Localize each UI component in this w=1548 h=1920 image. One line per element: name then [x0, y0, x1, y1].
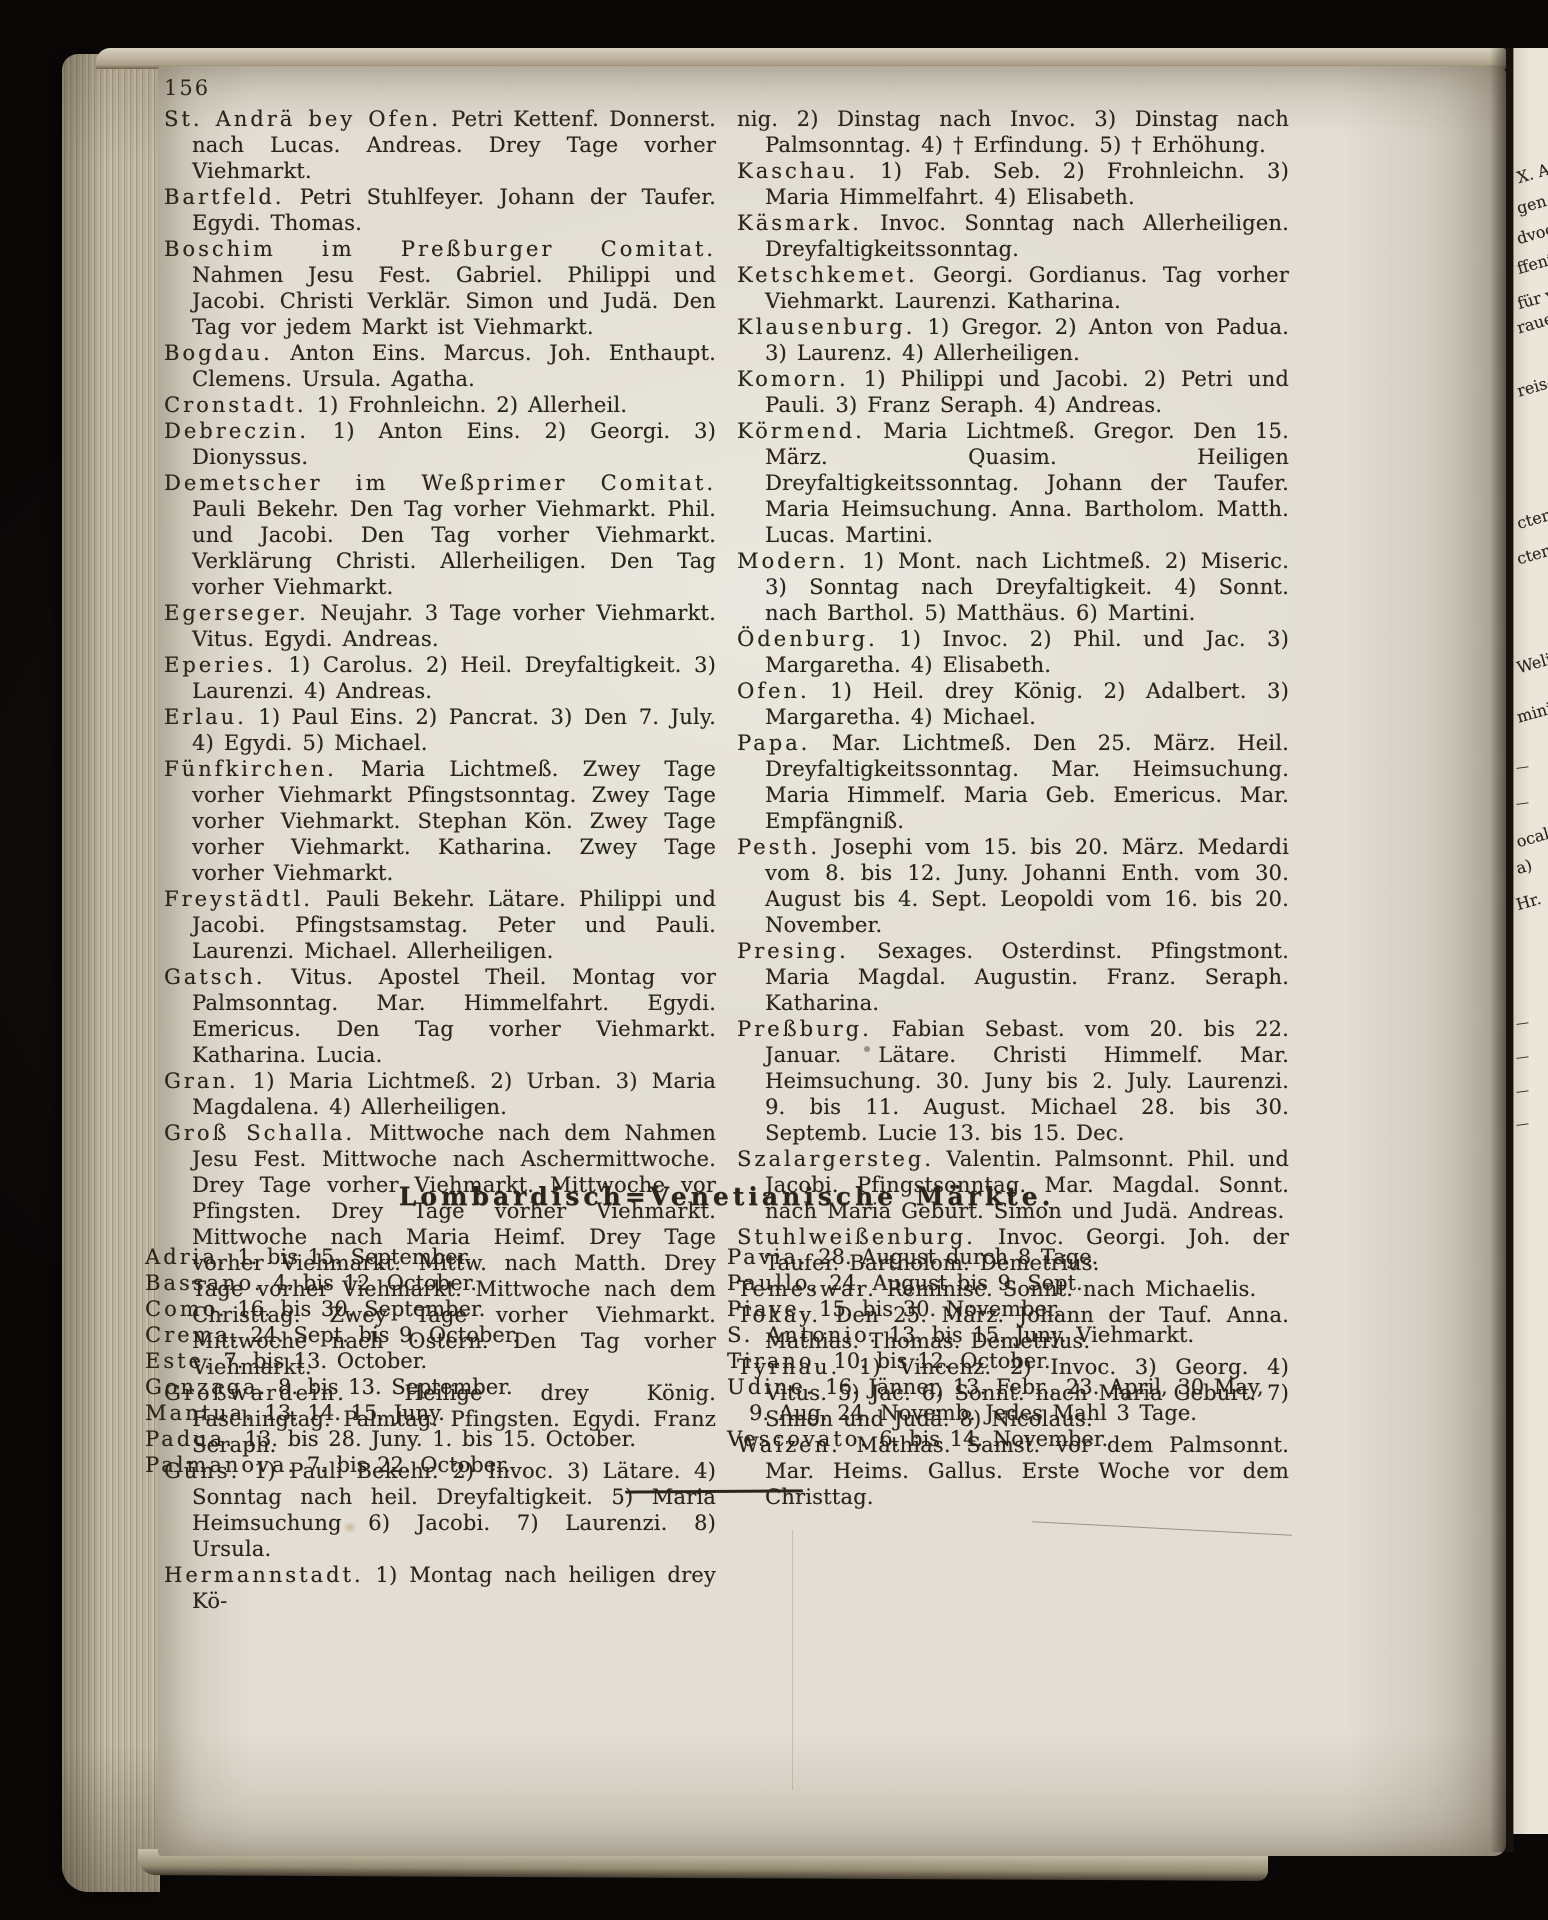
next-page-text-fragment: — [1515, 795, 1530, 812]
next-page-text-fragment: cten: Ur [1515, 496, 1548, 533]
place-name: Klausenburg. [737, 315, 915, 339]
market-entry: Komorn. 1) Philippi und Jacobi. 2) Petri… [737, 366, 1289, 418]
place-name: Adria. [145, 1245, 228, 1269]
market-entry: nig. 2) Dinstag nach Invoc. 3) Dinstag n… [737, 106, 1289, 158]
next-page-text-fragment: reis- und [1515, 362, 1548, 400]
market-entry: Kaschau. 1) Fab. Seb. 2) Frohnleichn. 3)… [737, 158, 1289, 210]
place-name: Cronstadt. [164, 393, 307, 417]
market-entry: Freystädtl. Pauli Bekehr. Lätare. Philip… [164, 886, 716, 964]
market-entry: Paullo. 24. August bis 9. Sept. [727, 1270, 1293, 1296]
market-entry: Pavia. 28. August durch 8 Tage. [727, 1244, 1293, 1270]
place-name: Debreczin. [164, 419, 309, 443]
place-name: Como. [145, 1297, 228, 1321]
place-name: Pesth. [737, 835, 820, 859]
section-heading: Lombardisch=Venetianische Märkte. [164, 1182, 1289, 1211]
market-entry: Gonzaga. 8. bis 13. September. [145, 1374, 720, 1400]
place-name: Gatsch. [164, 965, 265, 989]
market-entry: S. Antonio. 13. bis 15. Juny. Viehmarkt. [727, 1322, 1293, 1348]
place-name: St. Andrä bey Ofen. [164, 107, 441, 131]
market-entry: Ofen. 1) Heil. drey König. 2) Adalbert. … [737, 678, 1289, 730]
market-entry: Ödenburg. 1) Invoc. 2) Phil. und Jac. 3)… [737, 626, 1289, 678]
market-entry: Bogdau. Anton Eins. Marcus. Joh. Enthaup… [164, 340, 716, 392]
lombardy-venetian-list-right: Pavia. 28. August durch 8 Tage.Paullo. 2… [727, 1244, 1293, 1452]
next-page-text-fragment: cten, L [1514, 535, 1548, 569]
market-entry: Käsmark. Invoc. Sonntag nach Allerheilig… [737, 210, 1289, 262]
place-name: Bogdau. [164, 341, 273, 365]
market-entry: Boschim im Preßburger Comitat. Nahmen Je… [164, 236, 716, 340]
place-name: Hermannstadt. [164, 1563, 364, 1587]
place-name: Ketschkemet. [737, 263, 918, 287]
market-entry: Debreczin. 1) Anton Eins. 2) Georgi. 3) … [164, 418, 716, 470]
next-page-text-fragment: ministr [1515, 692, 1548, 726]
market-entry: Este. 7. bis 13. October. [145, 1348, 720, 1374]
market-entry: Preßburg. Fabian Sebast. vom 20. bis 22.… [737, 1016, 1289, 1146]
place-name: Groß Schalla. [164, 1121, 355, 1145]
place-name: Gonzaga. [145, 1375, 268, 1399]
place-name: Pavia. [727, 1245, 808, 1269]
lombardy-venetian-list-left: Adria. 1. bis 15. September.Bassano. 4. … [145, 1244, 720, 1478]
paper-crease-vertical [792, 1530, 793, 1790]
market-entry: Ketschkemet. Georgi. Gordianus. Tag vorh… [737, 262, 1289, 314]
market-entry: Gran. 1) Maria Lichtmeß. 2) Urban. 3) Ma… [164, 1068, 716, 1120]
market-entry: Bartfeld. Petri Stuhlfeyer. Johann der T… [164, 184, 716, 236]
place-name: Egerseger. [164, 601, 309, 625]
place-name: Preßburg. [737, 1017, 872, 1041]
market-entry: Egerseger. Neujahr. 3 Tage vorher Viehma… [164, 600, 716, 652]
next-page-text-fragment: X. Ausk [1515, 152, 1548, 187]
place-name: Kaschau. [737, 159, 858, 183]
place-name: Boschim im Preßburger Comitat. [164, 237, 716, 261]
next-page-text-fragment: Hr. [1514, 889, 1543, 914]
next-page-text-fragment: — [1515, 1116, 1530, 1133]
place-name: Udine. [727, 1375, 816, 1399]
place-name: Gran. [164, 1069, 239, 1093]
next-page-text-fragment: Weliger [1515, 642, 1548, 677]
market-entry: Körmend. Maria Lichtmeß. Gregor. Den 15.… [737, 418, 1289, 548]
next-page-text-fragment: dvocat [1514, 215, 1548, 248]
place-name: Papa. [737, 731, 810, 755]
place-name: Bartfeld. [164, 185, 284, 209]
paper-stain [342, 1522, 358, 1533]
market-entry: Presing. Sexages. Osterdinst. Pfingstmon… [737, 938, 1289, 1016]
market-entry: Eperies. 1) Carolus. 2) Heil. Dreyfaltig… [164, 652, 716, 704]
place-name: Eperies. [164, 653, 276, 677]
market-entry: Vescovato. 6. bis 14. November. [727, 1426, 1293, 1452]
place-name: S. Antonio. [727, 1323, 879, 1347]
next-page-text-fragment: ocal [1514, 824, 1548, 851]
market-entry: Crema. 24. Sept. bis 9. October. [145, 1322, 720, 1348]
next-page-text-fragment: — [1515, 1015, 1530, 1032]
place-name: Ofen. [737, 679, 810, 703]
market-entry: Padua. 13. bis 28. Juny. 1. bis 15. Octo… [145, 1426, 720, 1452]
market-entry: Fünfkirchen. Maria Lichtmeß. Zwey Tage v… [164, 756, 716, 886]
next-page-text-fragment: gen, S [1514, 185, 1548, 217]
next-page-text-fragment: a) [1514, 855, 1534, 878]
place-name: Mantua. [145, 1401, 255, 1425]
paper-speck [864, 1046, 870, 1052]
market-entry: Piave. 15. bis 30. November. [727, 1296, 1293, 1322]
place-name: Padua. [145, 1427, 235, 1451]
place-name: Bassano. [145, 1271, 264, 1295]
market-entry: Como. 16. bis 30. September. [145, 1296, 720, 1322]
place-name: Presing. [737, 939, 849, 963]
market-entry: Gatsch. Vitus. Apostel Theil. Montag vor… [164, 964, 716, 1068]
market-entry: Modern. 1) Mont. nach Lichtmeß. 2) Miser… [737, 548, 1289, 626]
page-number: 156 [164, 76, 210, 100]
market-entry: St. Andrä bey Ofen. Petri Kettenf. Donne… [164, 106, 716, 184]
market-entry: Pesth. Josephi vom 15. bis 20. März. Med… [737, 834, 1289, 938]
place-name: Komorn. [737, 367, 849, 391]
market-entry: Adria. 1. bis 15. September. [145, 1244, 720, 1270]
next-page-text-fragment: für versch [1515, 272, 1548, 313]
place-name: Erlau. [164, 705, 247, 729]
place-name: Freystädtl. [164, 887, 313, 911]
place-name: Vescovato. [727, 1427, 870, 1451]
market-entry: Bassano. 4. bis 12. October. [145, 1270, 720, 1296]
market-entry: Hermannstadt. 1) Montag nach heiligen dr… [164, 1562, 716, 1614]
market-entry: Tirano. 10. bis 12. October. [727, 1348, 1293, 1374]
place-name: Crema. [145, 1323, 241, 1347]
place-name: Szalargersteg. [737, 1147, 934, 1171]
market-entry: Cronstadt. 1) Frohnleichn. 2) Allerheil. [164, 392, 716, 418]
market-entry: Udine. 16. Jänner, 13. Febr., 23. April,… [727, 1374, 1293, 1426]
market-entry: Palmanova. 7. bis 22. October. [145, 1452, 720, 1478]
market-entry: Klausenburg. 1) Gregor. 2) Anton von Pad… [737, 314, 1289, 366]
next-page-text-fragment: — [1515, 1049, 1530, 1066]
place-name: Modern. [737, 549, 848, 573]
place-name: Körmend. [737, 419, 865, 443]
place-name: Este. [145, 1349, 214, 1373]
place-name: Tirano. [727, 1349, 824, 1373]
page-gutter-shadow [1490, 48, 1514, 1852]
photo-background: 156 St. Andrä bey Ofen. Petri Kettenf. D… [0, 0, 1548, 1920]
place-name: Paullo. [727, 1271, 820, 1295]
book-fore-edge-left [62, 54, 160, 1892]
place-name: Ödenburg. [737, 627, 878, 651]
market-entry: Erlau. 1) Paul Eins. 2) Pancrat. 3) Den … [164, 704, 716, 756]
place-name: Käsmark. [737, 211, 862, 235]
place-name: Palmanova. [145, 1453, 297, 1477]
place-name: Demetscher im Weßprimer Comitat. [164, 471, 716, 495]
market-entry: Papa. Mar. Lichtmeß. Den 25. März. Heil.… [737, 730, 1289, 834]
place-name: Fünfkirchen. [164, 757, 337, 781]
next-page-text-fragment: — [1515, 1083, 1530, 1100]
market-entry: Mantua. 13. 14. 15. Juny. [145, 1400, 720, 1426]
place-name: Piave. [727, 1297, 809, 1321]
next-page-edge: X. Auskgen, Sdvocatffentlichfür verschra… [1513, 48, 1548, 1834]
market-entry: Demetscher im Weßprimer Comitat. Pauli B… [164, 470, 716, 600]
next-page-text-fragment: — [1515, 759, 1530, 776]
